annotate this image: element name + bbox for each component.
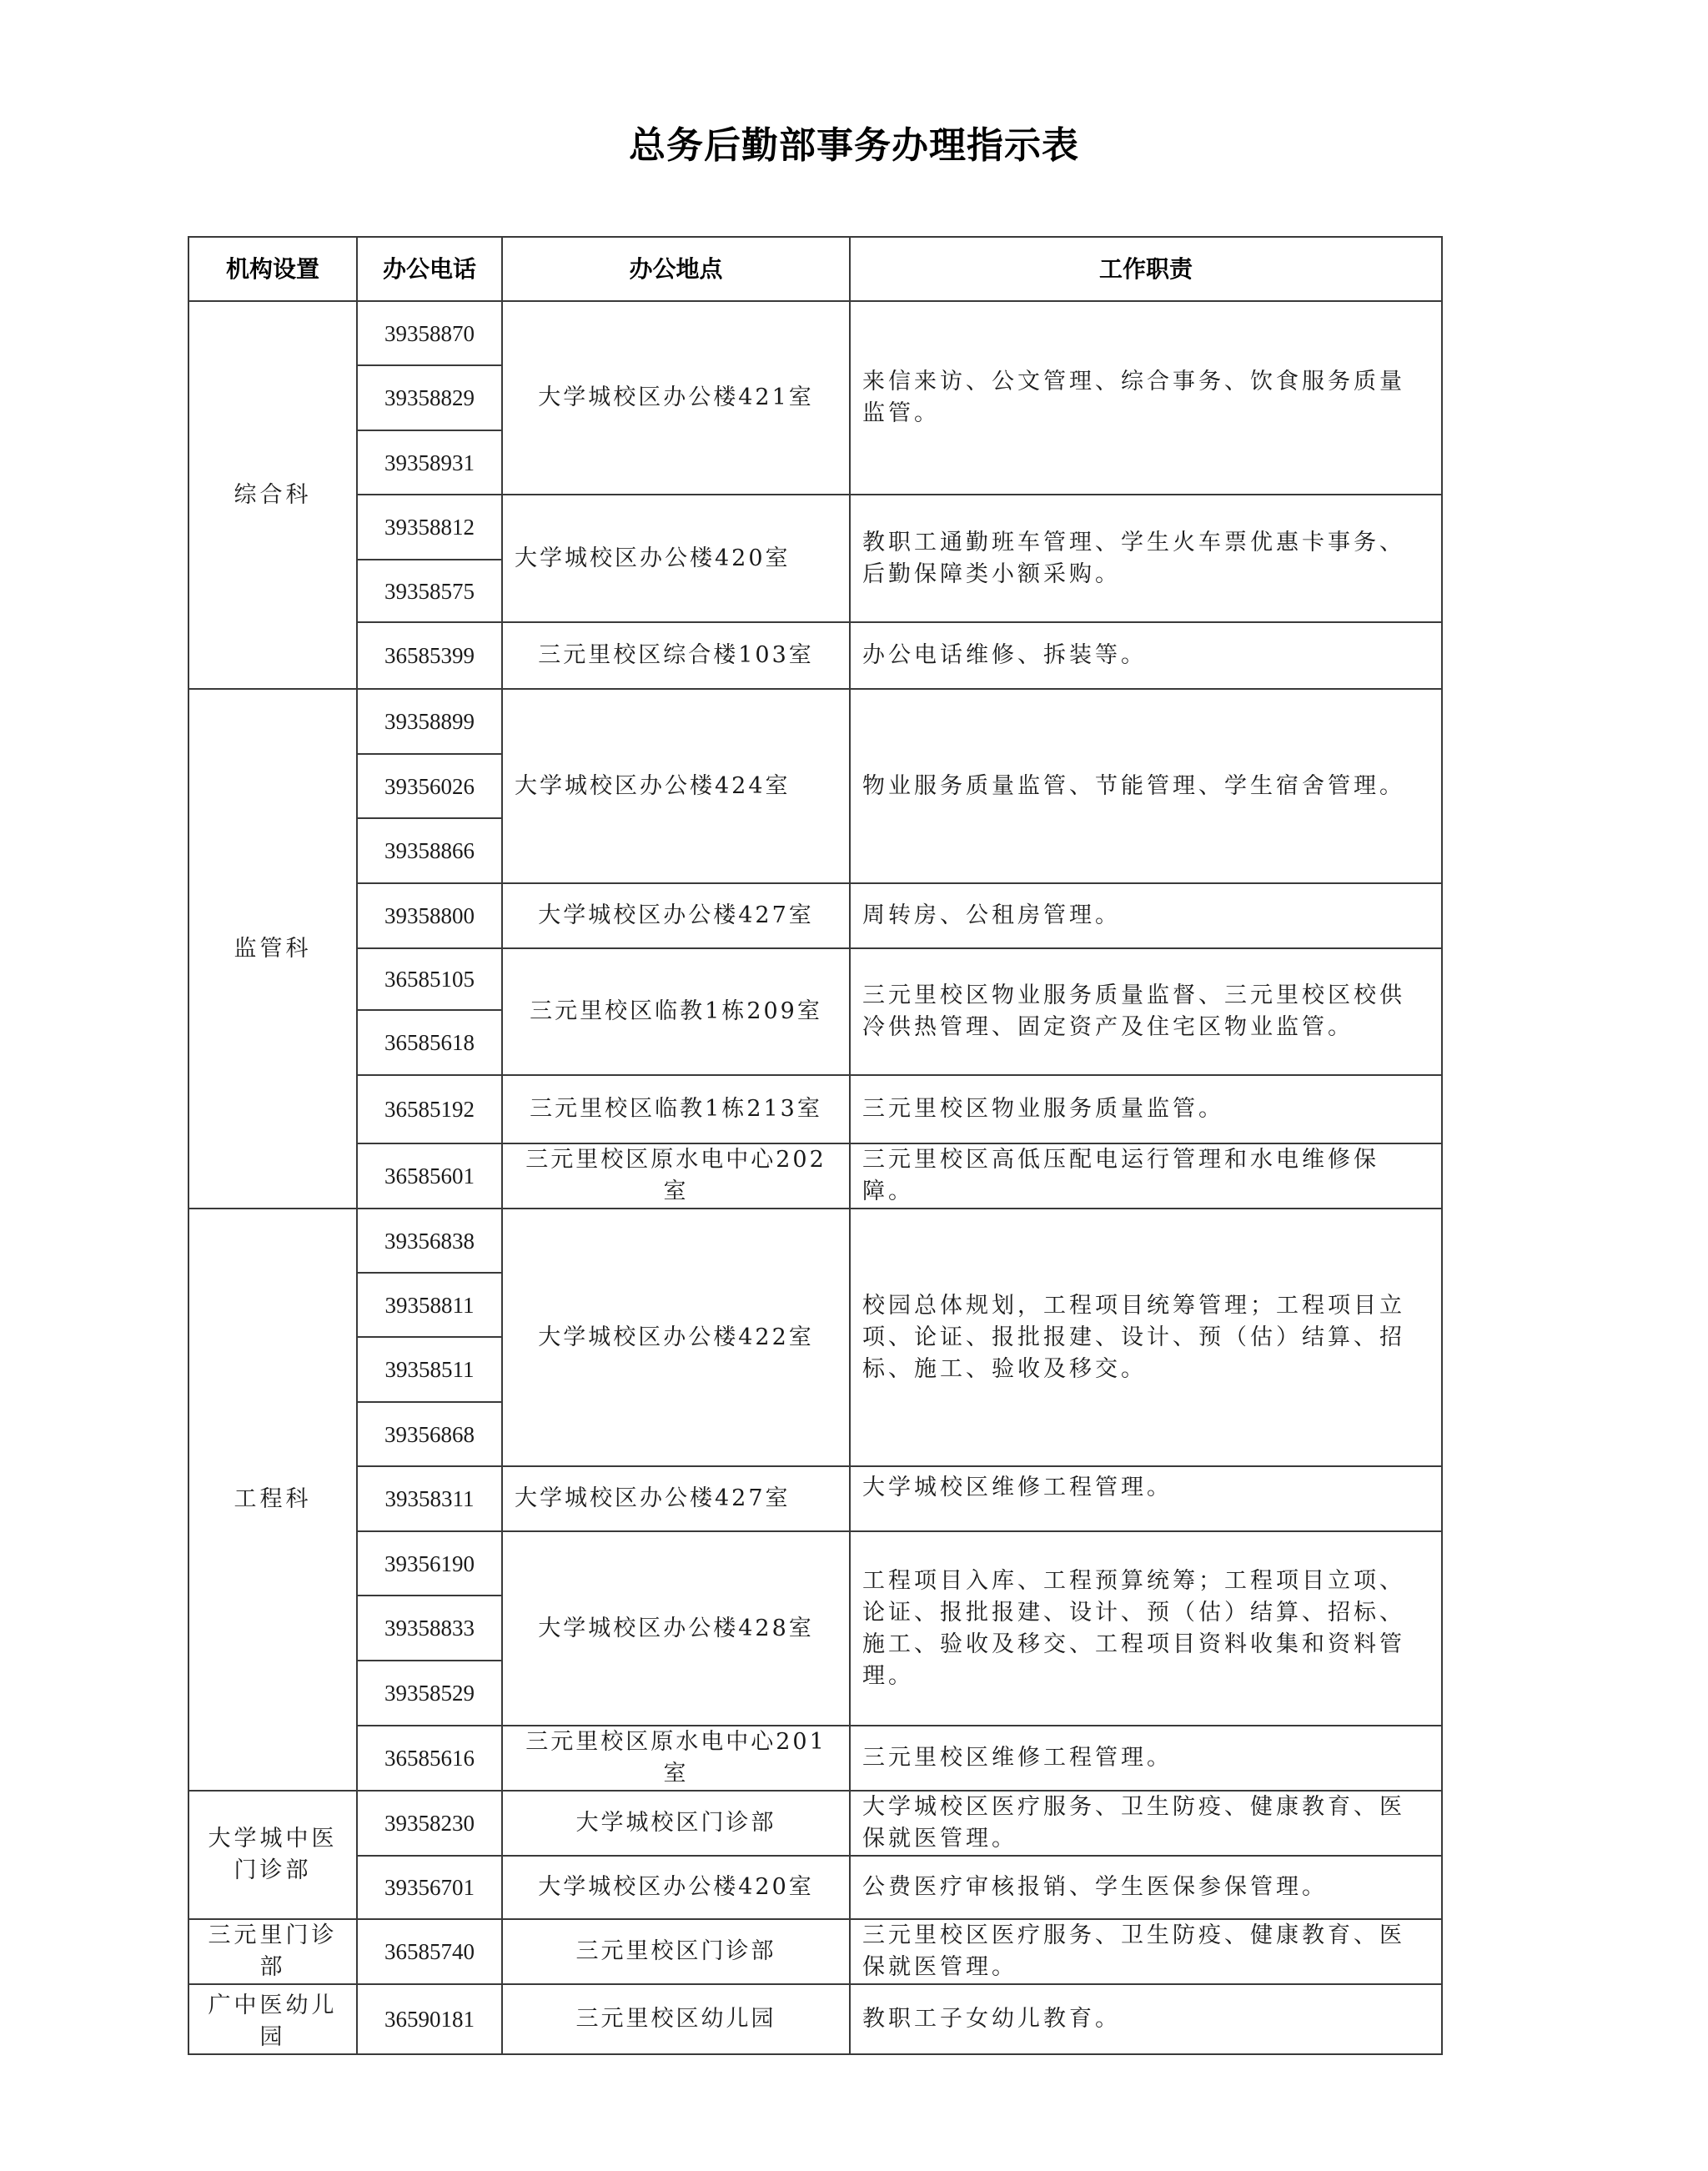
table-row: 工程科 39356838 大学城校区办公楼422室 校园总体规划，工程项目统筹管… [188,1209,1442,1273]
header-location: 办公地点 [502,237,850,301]
duty-cell: 工程项目入库、工程预算统筹；工程项目立项、论证、报批报建、设计、预（估）结算、招… [850,1531,1442,1726]
location-cell: 三元里校区原水电中心202室 [502,1143,850,1209]
location-cell: 三元里校区幼儿园 [502,1984,850,2054]
table-row: 监管科 39358899 大学城校区办公楼424室 物业服务质量监管、节能管理、… [188,689,1442,754]
location-cell: 三元里校区门诊部 [502,1919,850,1984]
phone-cell: 39358833 [357,1596,502,1661]
location-cell: 三元里校区临教1栋213室 [502,1075,850,1143]
phone-cell: 36585105 [357,948,502,1010]
location-cell: 三元里校区临教1栋209室 [502,948,850,1075]
duty-cell: 三元里校区物业服务质量监督、三元里校区校供冷供热管理、固定资产及住宅区物业监管。 [850,948,1442,1075]
duty-cell: 教职工通勤班车管理、学生火车票优惠卡事务、后勤保障类小额采购。 [850,495,1442,622]
duty-cell: 三元里校区医疗服务、卫生防疫、健康教育、医保就医管理。 [850,1919,1442,1984]
phone-cell: 36590181 [357,1984,502,2054]
table-row: 广中医幼儿园 36590181 三元里校区幼儿园 教职工子女幼儿教育。 [188,1984,1442,2054]
duty-cell: 三元里校区物业服务质量监管。 [850,1075,1442,1143]
phone-cell: 39358870 [357,301,502,365]
table-row: 39358800 大学城校区办公楼427室 周转房、公租房管理。 [188,883,1442,948]
phone-cell: 39358230 [357,1791,502,1856]
table-row: 36585601 三元里校区原水电中心202室 三元里校区高低压配电运行管理和水… [188,1143,1442,1209]
header-org: 机构设置 [188,237,357,301]
org-cell: 监管科 [188,689,357,1209]
phone-cell: 39356190 [357,1531,502,1596]
phone-cell: 39356868 [357,1402,502,1466]
phone-cell: 39356838 [357,1209,502,1273]
phone-cell: 36585601 [357,1143,502,1209]
duty-cell: 来信来访、公文管理、综合事务、饮食服务质量监管。 [850,301,1442,495]
duty-cell: 教职工子女幼儿教育。 [850,1984,1442,2054]
phone-cell: 39358529 [357,1661,502,1726]
location-cell: 大学城校区办公楼420室 [502,1856,850,1919]
location-cell: 大学城校区办公楼421室 [502,301,850,495]
org-cell: 大学城中医门诊部 [188,1791,357,1919]
phone-cell: 36585616 [357,1726,502,1791]
phone-cell: 39358311 [357,1466,502,1531]
location-cell: 三元里校区原水电中心201室 [502,1726,850,1791]
org-cell: 工程科 [188,1209,357,1791]
location-cell: 大学城校区门诊部 [502,1791,850,1856]
phone-cell: 36585740 [357,1919,502,1984]
header-phone: 办公电话 [357,237,502,301]
duty-cell: 周转房、公租房管理。 [850,883,1442,948]
location-cell: 大学城校区办公楼422室 [502,1209,850,1466]
phone-cell: 39358511 [357,1337,502,1402]
table-row: 三元里门诊部 36585740 三元里校区门诊部 三元里校区医疗服务、卫生防疫、… [188,1919,1442,1984]
table-row: 39358812 大学城校区办公楼420室 教职工通勤班车管理、学生火车票优惠卡… [188,495,1442,560]
duty-cell: 大学城校区维修工程管理。 [850,1466,1442,1531]
table-row: 大学城中医门诊部 39358230 大学城校区门诊部 大学城校区医疗服务、卫生防… [188,1791,1442,1856]
page-title: 总务后勤部事务办理指示表 [0,115,1708,168]
duty-cell: 办公电话维修、拆装等。 [850,622,1442,689]
office-directory-table: 机构设置 办公电话 办公地点 工作职责 综合科 39358870 大学城校区办公… [188,236,1443,2055]
duty-cell: 三元里校区维修工程管理。 [850,1726,1442,1791]
phone-cell: 36585192 [357,1075,502,1143]
location-cell: 大学城校区办公楼420室 [502,495,850,622]
table-row: 39358311 大学城校区办公楼427室 大学城校区维修工程管理。 [188,1466,1442,1531]
location-cell: 大学城校区办公楼428室 [502,1531,850,1726]
table-row: 综合科 39358870 大学城校区办公楼421室 来信来访、公文管理、综合事务… [188,301,1442,365]
phone-cell: 39358800 [357,883,502,948]
header-duty: 工作职责 [850,237,1442,301]
org-cell: 三元里门诊部 [188,1919,357,1984]
phone-cell: 39358899 [357,689,502,754]
phone-cell: 39358812 [357,495,502,560]
table-row: 36585616 三元里校区原水电中心201室 三元里校区维修工程管理。 [188,1726,1442,1791]
phone-cell: 39356026 [357,754,502,818]
phone-cell: 39358866 [357,818,502,883]
table-row: 39356190 大学城校区办公楼428室 工程项目入库、工程预算统筹；工程项目… [188,1531,1442,1596]
phone-cell: 39358811 [357,1273,502,1337]
phone-cell: 39358575 [357,560,502,622]
location-cell: 三元里校区综合楼103室 [502,622,850,689]
duty-cell: 公费医疗审核报销、学生医保参保管理。 [850,1856,1442,1919]
table-row: 36585399 三元里校区综合楼103室 办公电话维修、拆装等。 [188,622,1442,689]
location-cell: 大学城校区办公楼427室 [502,1466,850,1531]
phone-cell: 36585399 [357,622,502,689]
phone-cell: 39358829 [357,365,502,430]
duty-cell: 校园总体规划，工程项目统筹管理；工程项目立项、论证、报批报建、设计、预（估）结算… [850,1209,1442,1466]
duty-cell: 大学城校区医疗服务、卫生防疫、健康教育、医保就医管理。 [850,1791,1442,1856]
org-cell: 广中医幼儿园 [188,1984,357,2054]
phone-cell: 39358931 [357,430,502,495]
header-row: 机构设置 办公电话 办公地点 工作职责 [188,237,1442,301]
location-cell: 大学城校区办公楼424室 [502,689,850,883]
table-row: 39356701 大学城校区办公楼420室 公费医疗审核报销、学生医保参保管理。 [188,1856,1442,1919]
duty-cell: 物业服务质量监管、节能管理、学生宿舍管理。 [850,689,1442,883]
phone-cell: 36585618 [357,1010,502,1075]
phone-cell: 39356701 [357,1856,502,1919]
table-row: 36585192 三元里校区临教1栋213室 三元里校区物业服务质量监管。 [188,1075,1442,1143]
org-cell: 综合科 [188,301,357,689]
duty-cell: 三元里校区高低压配电运行管理和水电维修保障。 [850,1143,1442,1209]
location-cell: 大学城校区办公楼427室 [502,883,850,948]
table-row: 36585105 三元里校区临教1栋209室 三元里校区物业服务质量监督、三元里… [188,948,1442,1010]
